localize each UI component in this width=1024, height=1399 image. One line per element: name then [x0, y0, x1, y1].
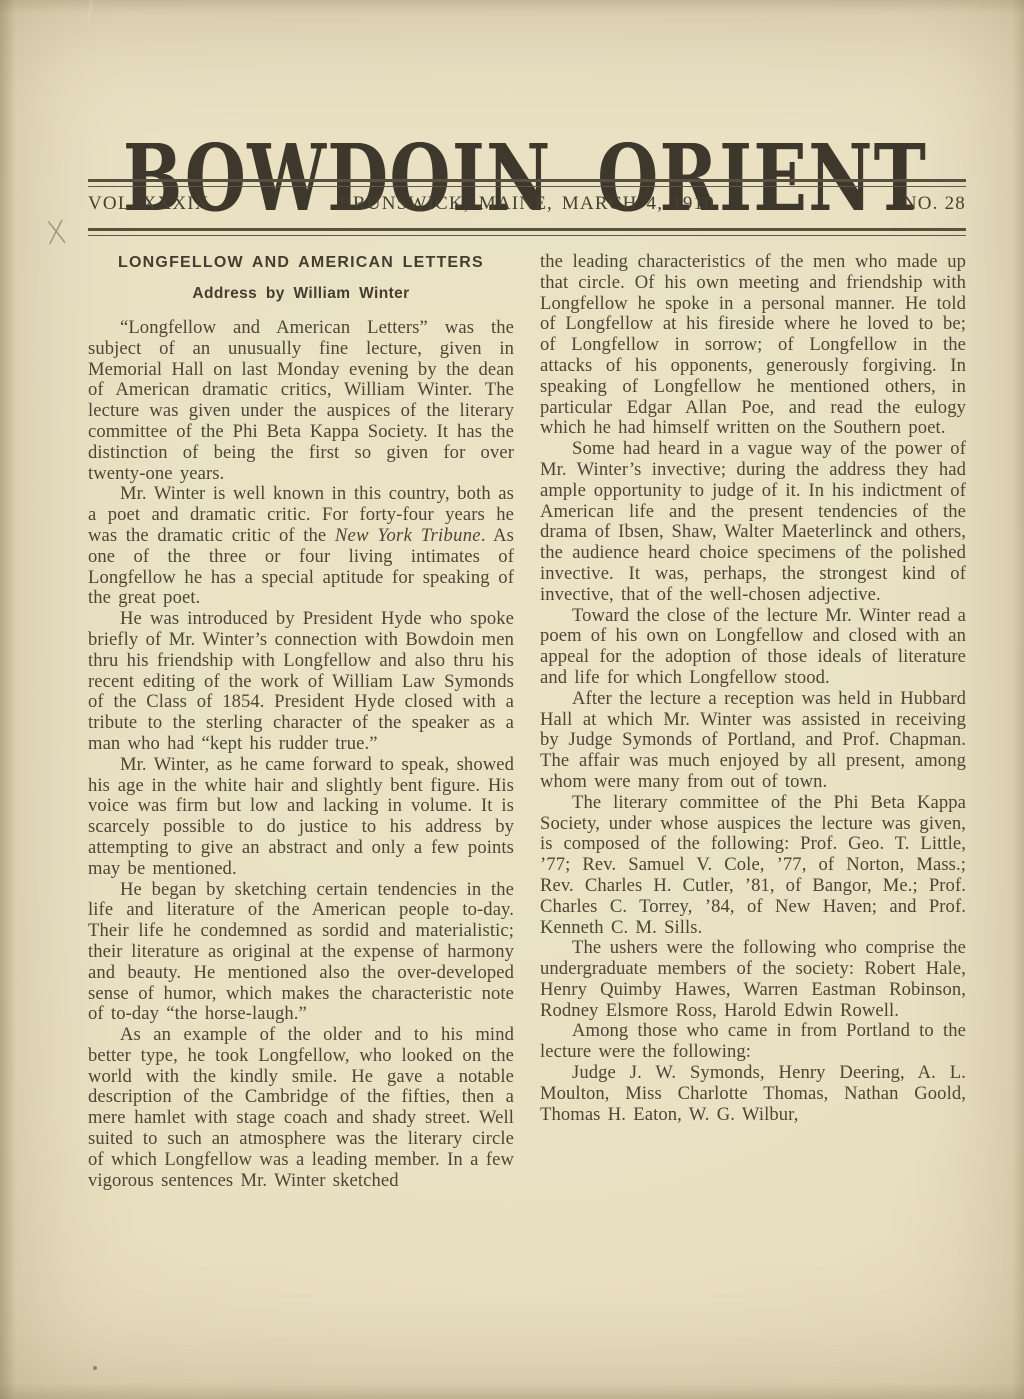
article-paragraph: Among those who came in from Portland to…: [540, 1021, 966, 1063]
article-paragraph: Toward the close of the lecture Mr. Wint…: [540, 606, 966, 689]
article-paragraph: Mr. Winter, as he came forward to speak,…: [88, 755, 514, 880]
issue-number-label: NO. 28: [715, 193, 966, 215]
article-paragraph: Some had heard in a vague way of the pow…: [540, 439, 966, 605]
article-body: LONGFELLOW AND AMERICAN LETTERS Address …: [88, 252, 966, 1191]
article-paragraph: “Longfellow and American Letters” was th…: [88, 318, 514, 484]
article-paragraph: He began by sketching certain tendencies…: [88, 880, 514, 1026]
scan-scratch-artifact: [86, 0, 93, 26]
left-column-paragraphs: “Longfellow and American Letters” was th…: [88, 318, 514, 1191]
left-column: LONGFELLOW AND AMERICAN LETTERS Address …: [88, 252, 514, 1191]
masthead-rule: [88, 179, 966, 187]
article-paragraph: Mr. Winter is well known in this country…: [88, 484, 514, 609]
right-column-paragraphs: the leading characteristics of the men w…: [540, 252, 966, 1125]
ink-speck-artifact: [93, 1366, 97, 1370]
article-paragraph: the leading characteristics of the men w…: [540, 252, 966, 439]
article-paragraph: Judge J. W. Symonds, Henry Deering, A. L…: [540, 1063, 966, 1125]
right-column: the leading characteristics of the men w…: [540, 252, 966, 1191]
volume-label: VOL. XXXIX: [88, 193, 339, 215]
article-paragraph: He was introduced by President Hyde who …: [88, 609, 514, 755]
article-heading: LONGFELLOW AND AMERICAN LETTERS: [88, 254, 514, 272]
scanned-newspaper-page: BOWDOIN ORIENT VOL. XXXIX BRUNSWICK, MAI…: [0, 0, 1024, 1399]
article-paragraph: The ushers were the following who compri…: [540, 938, 966, 1021]
dateline-rule: [88, 228, 966, 236]
article-paragraph: After the lecture a reception was held i…: [540, 689, 966, 793]
location-date-label: BRUNSWICK, MAINE, MARCH 4, 1910: [339, 193, 715, 215]
pencil-x-mark: X: [44, 214, 68, 253]
dateline: VOL. XXXIX BRUNSWICK, MAINE, MARCH 4, 19…: [88, 193, 966, 215]
article-paragraph: The literary committee of the Phi Beta K…: [540, 793, 966, 939]
article-paragraph: As an example of the older and to his mi…: [88, 1025, 514, 1191]
article-subheading: Address by William Winter: [88, 285, 514, 303]
